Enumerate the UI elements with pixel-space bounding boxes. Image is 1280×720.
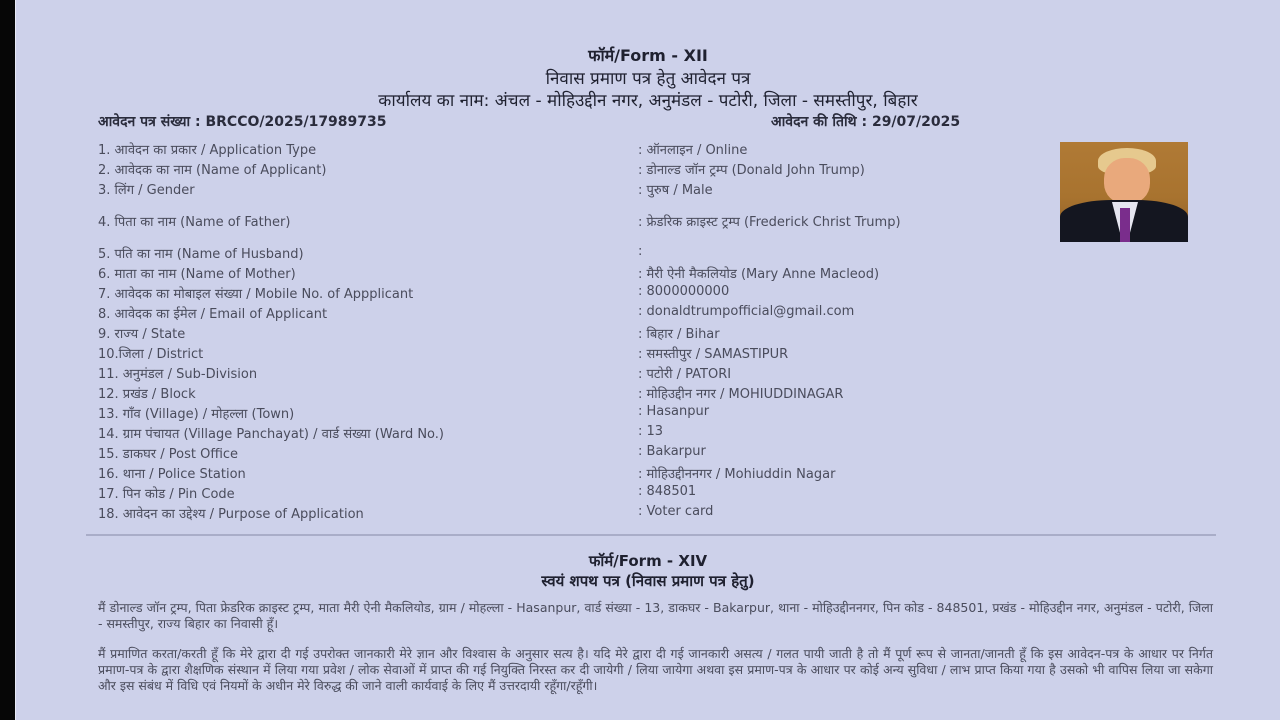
field-label: 3. लिंग / Gender xyxy=(98,180,195,198)
affidavit-declaration-paragraph: मैं डोनाल्ड जॉन ट्रम्प, पिता फ्रेडरिक क्… xyxy=(98,600,1213,632)
field-value: : 13 xyxy=(638,424,663,439)
field-value: : Voter card xyxy=(638,504,713,519)
field-label: 5. पति का नाम (Name of Husband) xyxy=(98,244,304,262)
field-mother-name: 6. माता का नाम (Name of Mother) : मैरी ऐ… xyxy=(98,264,1098,284)
field-label: 2. आवेदक का नाम (Name of Applicant) xyxy=(98,160,326,178)
field-district: 10.जिला / District : समस्तीपुर / SAMASTI… xyxy=(98,344,1098,364)
form-title: फॉर्म/Form - XII xyxy=(16,44,1280,66)
field-label: 1. आवेदन का प्रकार / Application Type xyxy=(98,140,316,158)
field-value: : मोहिउद्दीननगर / Mohiuddin Nagar xyxy=(638,464,835,482)
field-value: : पटोरी / PATORI xyxy=(638,364,731,382)
field-husband-name: 5. पति का नाम (Name of Husband) : xyxy=(98,244,1098,264)
application-number-label: आवेदन पत्र संख्या : xyxy=(98,114,201,130)
field-label: 9. राज्य / State xyxy=(98,324,185,342)
field-email: 8. आवेदक का ईमेल / Email of Applicant : … xyxy=(98,304,1098,324)
field-block: 12. प्रखंड / Block : मोहिउद्दीन नगर / MO… xyxy=(98,384,1098,404)
field-application-type: 1. आवेदन का प्रकार / Application Type : … xyxy=(98,140,1098,160)
field-label: 18. आवेदन का उद्देश्य / Purpose of Appli… xyxy=(98,504,364,522)
application-date: 29/07/2025 xyxy=(872,114,960,130)
field-label: 10.जिला / District xyxy=(98,344,203,362)
field-value: : donaldtrumpofficial@gmail.com xyxy=(638,304,854,319)
field-value: : Bakarpur xyxy=(638,444,706,459)
field-label: 12. प्रखंड / Block xyxy=(98,384,196,402)
field-value: : बिहार / Bihar xyxy=(638,324,720,342)
field-applicant-name: 2. आवेदक का नाम (Name of Applicant) : डो… xyxy=(98,160,1098,180)
field-label: 8. आवेदक का ईमेल / Email of Applicant xyxy=(98,304,327,322)
field-value: : ऑनलाइन / Online xyxy=(638,140,747,158)
field-state: 9. राज्य / State : बिहार / Bihar xyxy=(98,324,1098,344)
field-pin-code: 17. पिन कोड / Pin Code : 848501 xyxy=(98,484,1098,504)
affidavit-form-title: फॉर्म/Form - XIV xyxy=(16,551,1280,571)
application-date-label: आवेदन की तिथि : xyxy=(771,114,867,130)
field-village-town: 13. गाँव (Village) / मोहल्ला (Town) : Ha… xyxy=(98,404,1098,424)
field-value: : Hasanpur xyxy=(638,404,709,419)
field-label: 16. थाना / Police Station xyxy=(98,464,246,482)
field-value: : 8000000000 xyxy=(638,284,729,299)
field-purpose: 18. आवेदन का उद्देश्य / Purpose of Appli… xyxy=(98,504,1098,524)
field-post-office: 15. डाकघर / Post Office : Bakarpur xyxy=(98,444,1098,464)
field-label: 7. आवेदक का मोबाइल संख्या / Mobile No. o… xyxy=(98,284,413,302)
field-label: 4. पिता का नाम (Name of Father) xyxy=(98,212,290,230)
field-value: : मैरी ऐनी मैकलियोड (Mary Anne Macleod) xyxy=(638,264,879,282)
left-black-border xyxy=(0,0,15,720)
application-date-row: आवेदन की तिथि : 29/07/2025 xyxy=(771,112,960,131)
affidavit-certification-paragraph: मैं प्रमाणित करता/करती हूँ कि मेरे द्वार… xyxy=(98,646,1213,694)
photo-tie xyxy=(1120,208,1130,242)
applicant-photo xyxy=(1060,142,1188,242)
field-label: 11. अनुमंडल / Sub-Division xyxy=(98,364,257,382)
field-value: : xyxy=(638,244,642,259)
residence-certificate-application-document: फॉर्म/Form - XII निवास प्रमाण पत्र हेतु … xyxy=(16,0,1280,720)
form-subtitle: निवास प्रमाण पत्र हेतु आवेदन पत्र xyxy=(16,66,1280,89)
field-value: : डोनाल्ड जॉन ट्रम्प (Donald John Trump) xyxy=(638,160,865,178)
application-number-row: आवेदन पत्र संख्या : BRCCO/2025/17989735 xyxy=(98,112,387,131)
field-value: : पुरुष / Male xyxy=(638,180,713,198)
field-label: 6. माता का नाम (Name of Mother) xyxy=(98,264,296,282)
field-label: 13. गाँव (Village) / मोहल्ला (Town) xyxy=(98,404,294,422)
field-value: : समस्तीपुर / SAMASTIPUR xyxy=(638,344,788,362)
office-name: कार्यालय का नाम: अंचल - मोहिउद्दीन नगर, … xyxy=(16,88,1280,111)
field-police-station: 16. थाना / Police Station : मोहिउद्दीननग… xyxy=(98,464,1098,484)
field-label: 15. डाकघर / Post Office xyxy=(98,444,238,462)
field-ward-no: 14. ग्राम पंचायत (Village Panchayat) / व… xyxy=(98,424,1098,444)
section-divider xyxy=(86,534,1216,536)
field-label: 17. पिन कोड / Pin Code xyxy=(98,484,235,502)
field-value: : फ्रेडरिक क्राइस्ट ट्रम्प (Frederick Ch… xyxy=(638,212,901,230)
photo-face xyxy=(1104,158,1150,204)
field-father-name: 4. पिता का नाम (Name of Father) : फ्रेडर… xyxy=(98,212,1098,232)
field-label: 14. ग्राम पंचायत (Village Panchayat) / व… xyxy=(98,424,444,442)
affidavit-subtitle: स्वयं शपथ पत्र (निवास प्रमाण पत्र हेतु) xyxy=(16,571,1280,591)
field-sub-division: 11. अनुमंडल / Sub-Division : पटोरी / PAT… xyxy=(98,364,1098,384)
field-mobile: 7. आवेदक का मोबाइल संख्या / Mobile No. o… xyxy=(98,284,1098,304)
field-value: : मोहिउद्दीन नगर / MOHIUDDINAGAR xyxy=(638,384,843,402)
application-number: BRCCO/2025/17989735 xyxy=(205,114,386,130)
field-value: : 848501 xyxy=(638,484,696,499)
field-gender: 3. लिंग / Gender : पुरुष / Male xyxy=(98,180,1098,200)
